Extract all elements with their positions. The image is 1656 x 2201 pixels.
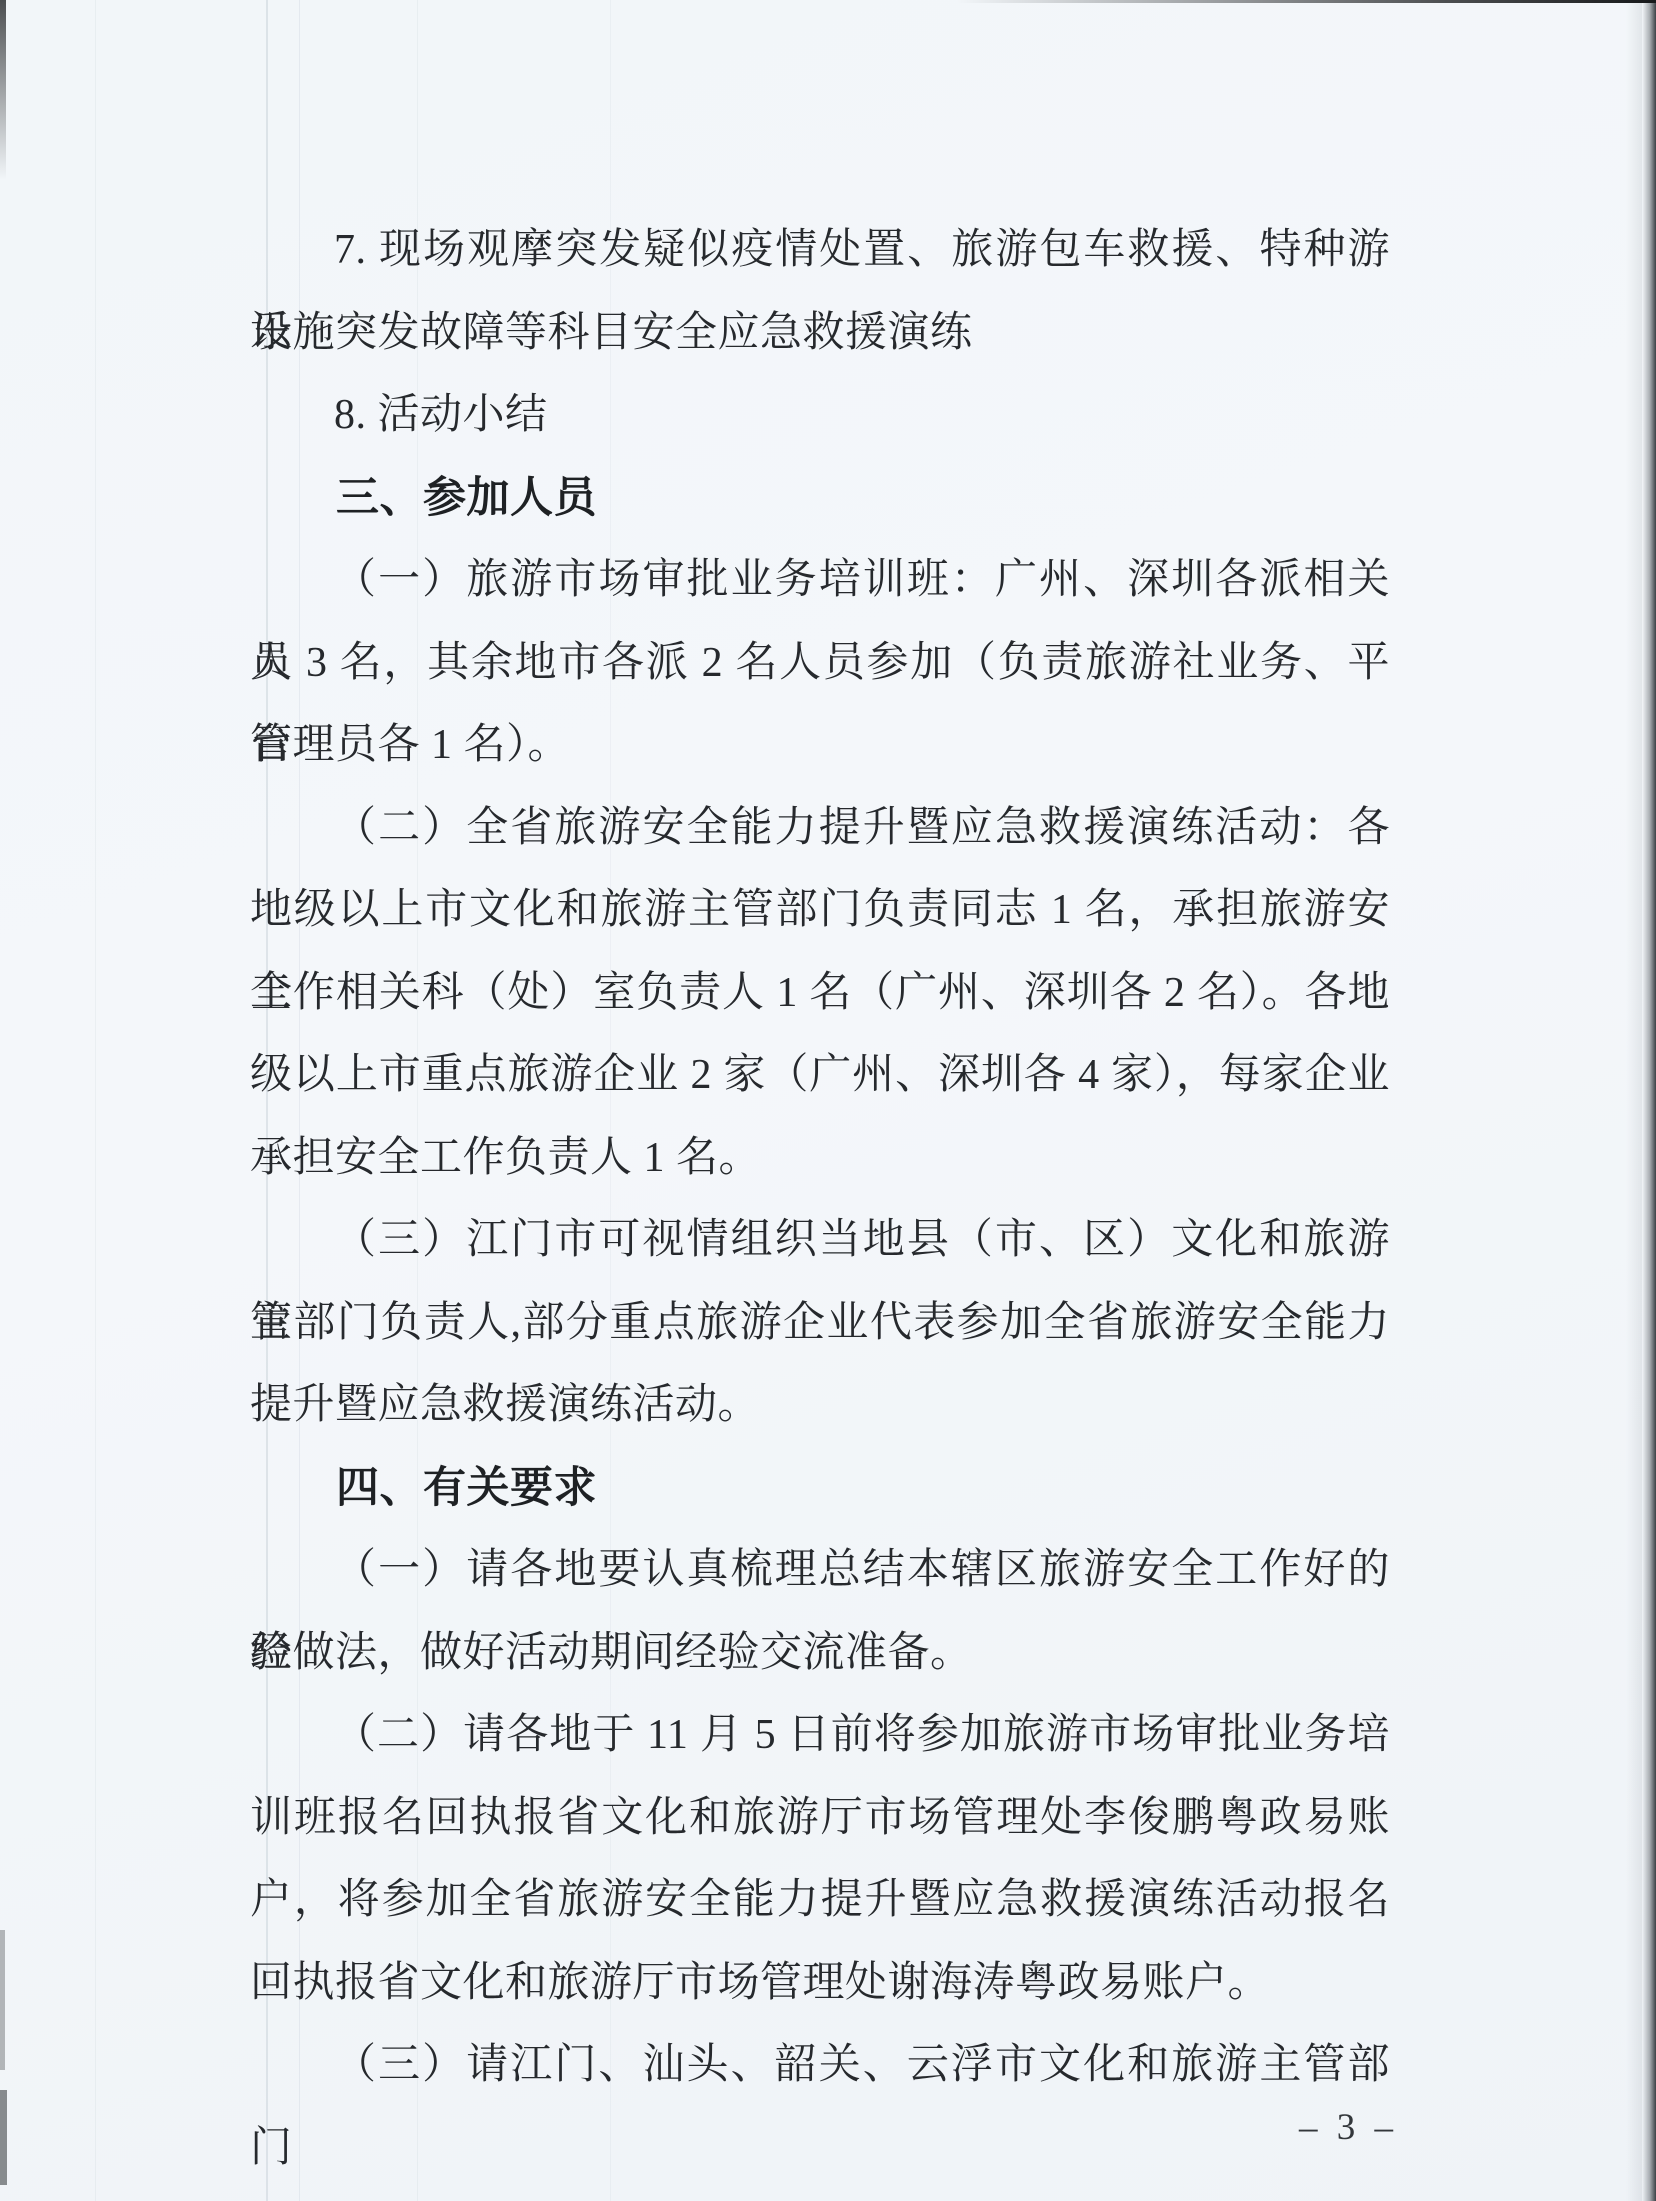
- paragraph-participants-3-end: 提升暨应急救援演练活动。: [250, 1364, 1390, 1447]
- paragraph-requirements-3: （三）请江门、汕头、韶关、云浮市文化和旅游主管部门: [250, 2024, 1390, 2107]
- page-number: – 3 –: [250, 2106, 1398, 2149]
- numbered-item-8: 8. 活动小结: [250, 374, 1390, 457]
- scan-fold-line: [95, 0, 96, 2201]
- paragraph-participants-2-cont: 地级以上市文化和旅游主管部门负责同志 1 名，承担旅游安全: [250, 869, 1390, 952]
- paragraph-participants-1-cont: 员 3 名，其余地市各派 2 名人员参加（负责旅游社业务、平台: [250, 622, 1390, 705]
- section-heading-requirements: 四、有关要求: [250, 1447, 1390, 1530]
- paragraph-participants-2: （二）全省旅游安全能力提升暨应急救援演练活动：各: [250, 787, 1390, 870]
- paragraph-requirements-2-end: 回执报省文化和旅游厅市场管理处谢海涛粤政易账户。: [250, 1942, 1390, 2025]
- scanned-document-page: 7. 现场观摩突发疑似疫情处置、旅游包车救援、特种游乐 设施突发故障等科目安全应…: [0, 0, 1656, 2201]
- document-body: 7. 现场观摩突发疑似疫情处置、旅游包车救援、特种游乐 设施突发故障等科目安全应…: [250, 209, 1390, 2107]
- paragraph-participants-2-cont: 工作相关科（处）室负责人 1 名（广州、深圳各 2 名）。各地: [250, 952, 1390, 1035]
- paragraph-participants-2-end: 承担安全工作负责人 1 名。: [250, 1117, 1390, 1200]
- paragraph-participants-3-cont: 管部门负责人,部分重点旅游企业代表参加全省旅游安全能力: [250, 1282, 1390, 1365]
- paragraph-participants-1: （一）旅游市场审批业务培训班：广州、深圳各派相关人: [250, 539, 1390, 622]
- paragraph-requirements-2: （二）请各地于 11 月 5 日前将参加旅游市场审批业务培: [250, 1694, 1390, 1777]
- numbered-item-7: 7. 现场观摩突发疑似疫情处置、旅游包车救援、特种游乐: [250, 209, 1390, 292]
- scan-left-edge-mark: [0, 2090, 7, 2185]
- numbered-item-7-cont: 设施突发故障等科目安全应急救援演练: [250, 292, 1390, 375]
- scan-left-edge-shadow: [0, 0, 6, 180]
- scan-top-edge-shadow: [956, 0, 1656, 3]
- section-heading-participants: 三、参加人员: [250, 457, 1390, 540]
- paragraph-participants-1-end: 管理员各 1 名）。: [250, 704, 1390, 787]
- paragraph-requirements-2-cont: 训班报名回执报省文化和旅游厅市场管理处李俊鹏粤政易账: [250, 1777, 1390, 1860]
- paragraph-participants-3: （三）江门市可视情组织当地县（市、区）文化和旅游主: [250, 1199, 1390, 1282]
- paragraph-participants-2-cont: 级以上市重点旅游企业 2 家（广州、深圳各 4 家），每家企业: [250, 1034, 1390, 1117]
- scan-right-edge-shadow: [1642, 0, 1656, 2201]
- scan-left-edge-mark: [0, 1930, 5, 2070]
- paragraph-requirements-2-cont: 户，将参加全省旅游安全能力提升暨应急救援演练活动报名: [250, 1859, 1390, 1942]
- paragraph-requirements-1-end: 验做法，做好活动期间经验交流准备。: [250, 1612, 1390, 1695]
- paragraph-requirements-1: （一）请各地要认真梳理总结本辖区旅游安全工作好的经: [250, 1529, 1390, 1612]
- scan-right-edge-shadow-soft: [1626, 0, 1642, 2201]
